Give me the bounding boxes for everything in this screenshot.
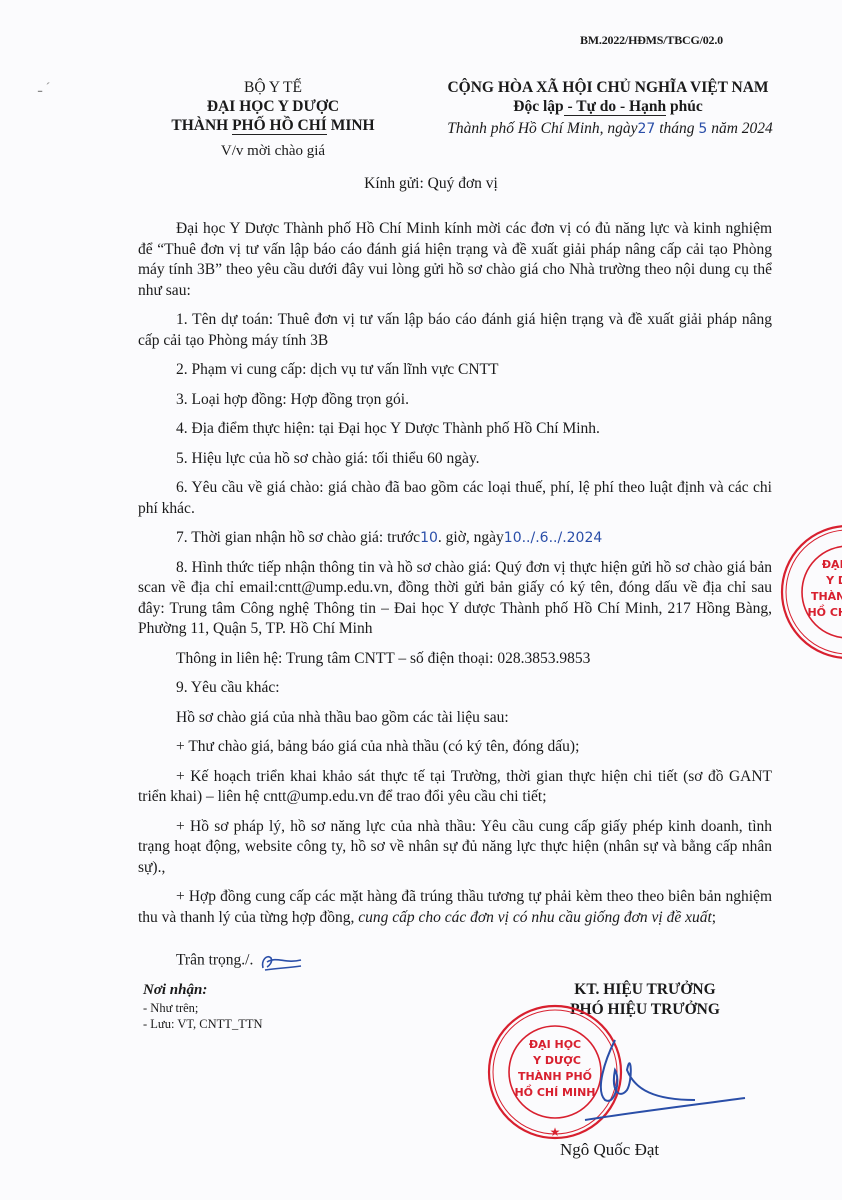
requirement-4: + Hợp đồng cung cấp các mặt hàng đã trún… <box>138 887 772 928</box>
svg-text:★: ★ <box>550 1125 561 1139</box>
document-page: ـ ˊ BM.2022/HĐMS/TBCG/02.0 BỘ Y TẾ ĐẠI H… <box>0 0 842 1200</box>
svg-text:THÀNH PHỐ: THÀNH PHỐ <box>811 588 842 603</box>
letter-body: Đại học Y Dược Thành phố Hồ Chí Minh kín… <box>138 219 772 937</box>
salutation: Kính gửi: Quý đơn vị <box>0 175 842 193</box>
item-5: 5. Hiệu lực của hồ sơ chào giá: tối thiể… <box>138 449 772 470</box>
intro-paragraph: Đại học Y Dược Thành phố Hồ Chí Minh kín… <box>138 219 772 301</box>
date-year: năm 2024 <box>711 120 773 137</box>
date-line: Thành phố Hồ Chí Minh, ngày27 tháng 5 nă… <box>430 120 790 138</box>
partial-stamp: ĐẠI HỌC Y DƯỢC THÀNH PHỐ HỒ CHÍ MINH ★ <box>778 518 842 668</box>
university-name-line2: THÀNH PHỐ HỒ CHÍ MINH <box>138 116 408 135</box>
requirement-3: + Hồ sơ pháp lý, hồ sơ năng lực của nhà … <box>138 817 772 879</box>
recipients-label: Nơi nhận: <box>143 982 263 998</box>
item-7: 7. Thời gian nhận hồ sơ chào giá: trước1… <box>138 528 772 549</box>
requirement-1: + Thư chào giá, bảng báo giá của nhà thầ… <box>138 737 772 758</box>
handwritten-day: 27 <box>638 121 656 137</box>
closing: Trân trọng./. <box>176 950 307 972</box>
university-name-line1: ĐẠI HỌC Y DƯỢC <box>138 97 408 116</box>
handwritten-deadline-date: 10../.6../.2024 <box>504 530 603 546</box>
recipient-item: - Như trên; <box>143 1000 263 1016</box>
closing-text: Trân trọng./. <box>176 952 253 969</box>
date-place: Thành phố Hồ Chí Minh, ngày <box>447 120 637 137</box>
item-2: 2. Phạm vi cung cấp: dịch vụ tư vấn lĩnh… <box>138 360 772 381</box>
recipients-block: Nơi nhận: - Như trên; - Lưu: VT, CNTT_TT… <box>143 982 263 1032</box>
svg-text:ĐẠI HỌC: ĐẠI HỌC <box>822 558 842 571</box>
national-motto: Độc lập - Tự do - Hạnh phúc <box>428 97 788 116</box>
recipient-item: - Lưu: VT, CNTT_TTN <box>143 1016 263 1032</box>
item9-intro: Hồ sơ chào giá của nhà thầu bao gồm các … <box>138 708 772 729</box>
univ-line2-prefix: THÀNH <box>171 117 232 134</box>
item-1: 1. Tên dự toán: Thuê đơn vị tư vấn lập b… <box>138 310 772 351</box>
contact-info: Thông in liên hệ: Trung tâm CNTT – số đi… <box>138 649 772 670</box>
ministry-name: BỘ Y TẾ <box>138 78 408 97</box>
svg-text:Y DƯỢC: Y DƯỢC <box>825 574 842 587</box>
item7-prefix: 7. Thời gian nhận hồ sơ chào giá: trước <box>176 529 420 546</box>
item-8: 8. Hình thức tiếp nhận thông tin và hồ s… <box>138 558 772 640</box>
country-name: CỘNG HÒA XÃ HỘI CHỦ NGHĨA VIỆT NAM <box>428 78 788 97</box>
month-label: tháng <box>659 120 694 137</box>
signer-name: Ngô Quốc Đạt <box>560 1140 659 1160</box>
univ-line2-suffix: MINH <box>327 117 375 134</box>
svg-text:ĐẠI HỌC: ĐẠI HỌC <box>529 1038 581 1051</box>
national-header: CỘNG HÒA XÃ HỘI CHỦ NGHĨA VIỆT NAM Độc l… <box>428 78 788 116</box>
requirement-2: + Kế hoạch triển khai khảo sát thực tế t… <box>138 767 772 808</box>
svg-text:HỒ CHÍ MINH: HỒ CHÍ MINH <box>807 604 842 619</box>
motto-underlined: - Tự do - Hạnh <box>564 98 666 116</box>
handwritten-month: 5 <box>698 121 707 137</box>
item-4: 4. Địa điểm thực hiện: tại Đại học Y Dượ… <box>138 419 772 440</box>
item7-middle: . giờ, ngày <box>438 529 504 546</box>
svg-text:Y DƯỢC: Y DƯỢC <box>532 1054 581 1067</box>
handwritten-hour: 10 <box>420 530 438 546</box>
univ-line2-underlined: PHỐ HỒ CHÍ <box>232 118 327 135</box>
scan-mark: ـ ˊ <box>38 80 50 97</box>
initials-signature-icon <box>257 950 307 972</box>
form-code: BM.2022/HĐMS/TBCG/02.0 <box>580 33 723 48</box>
item-9: 9. Yêu cầu khác: <box>138 678 772 699</box>
req4-italic: cung cấp cho các đơn vị có nhu cầu giống… <box>358 909 712 926</box>
signature-icon <box>575 1020 755 1130</box>
stamp-seal-icon: ĐẠI HỌC Y DƯỢC THÀNH PHỐ HỒ CHÍ MINH ★ <box>778 522 842 662</box>
document-subject: V/v mời chào giá <box>138 142 408 161</box>
motto-prefix: Độc lập <box>513 98 563 115</box>
issuer-header: BỘ Y TẾ ĐẠI HỌC Y DƯỢC THÀNH PHỐ HỒ CHÍ … <box>138 78 408 161</box>
signer-title-1: KT. HIỆU TRƯỞNG <box>530 980 760 1000</box>
motto-suffix: phúc <box>666 98 703 115</box>
item-3: 3. Loại hợp đồng: Hợp đồng trọn gói. <box>138 390 772 411</box>
req4-end: ; <box>712 909 716 926</box>
item-6: 6. Yêu cầu về giá chào: giá chào đã bao … <box>138 478 772 519</box>
